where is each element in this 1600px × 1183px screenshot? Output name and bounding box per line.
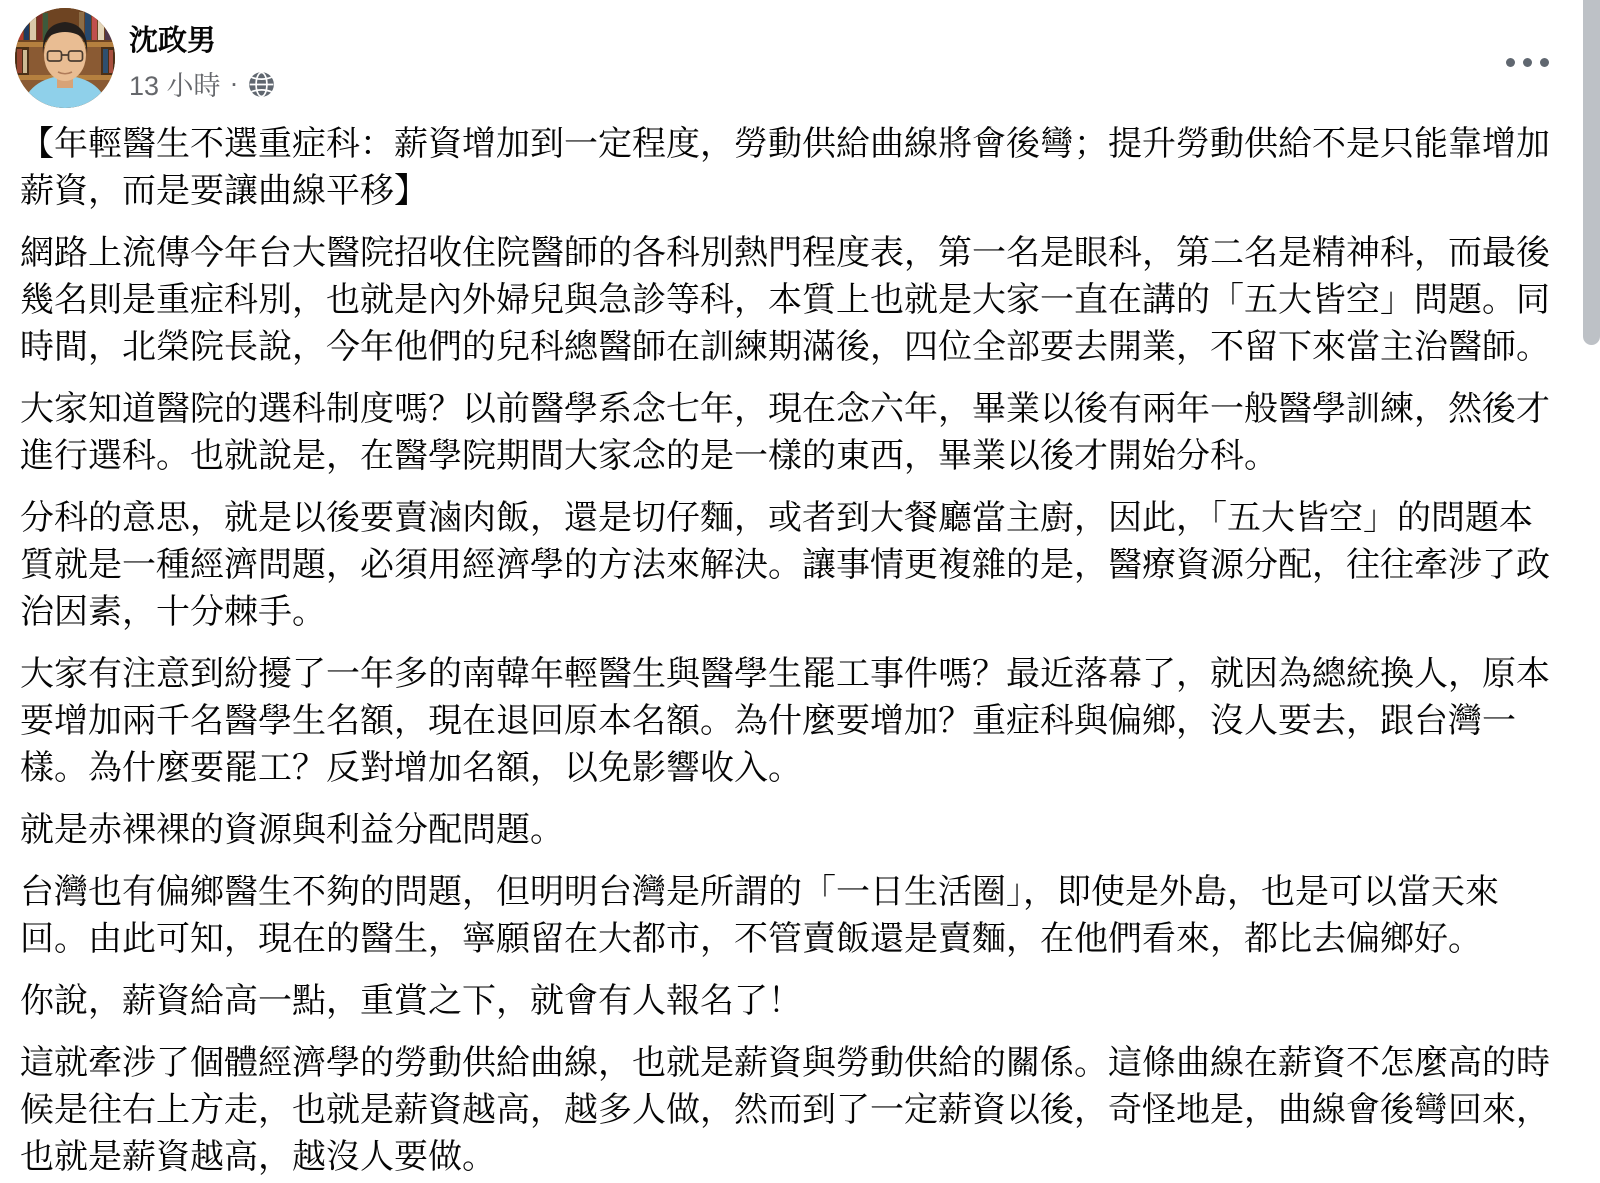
profile-photo [15,8,115,108]
post-paragraph: 這就牽涉了個體經濟學的勞動供給曲線，也就是薪資與勞動供給的關係。這條曲線在薪資不… [20,1040,1556,1181]
timestamp[interactable]: 13 小時 [129,64,221,103]
post-paragraph: 就是赤裸裸的資源與利益分配問題。 [20,807,1556,854]
post-paragraph-title: 【年輕醫生不選重症科：薪資增加到一定程度，勞動供給曲線將會後彎；提升勞動供給不是… [20,121,1556,215]
globe-icon [248,71,275,98]
more-options-button[interactable] [1500,52,1555,73]
post-header: 沈政男 13 小時 · [15,8,1580,112]
post-content: 【年輕醫生不選重症科：薪資增加到一定程度，勞動供給曲線將會後彎；提升勞動供給不是… [20,121,1556,1181]
post-paragraph: 分科的意思，就是以後要賣滷肉飯，還是切仔麵，或者到大餐廳當主廚，因此，「五大皆空… [20,495,1556,636]
post-paragraph: 大家知道醫院的選科制度嗎？以前醫學系念七年，現在念六年，畢業以後有兩年一般醫學訓… [20,386,1556,480]
author-name[interactable]: 沈政男 [129,18,216,59]
ellipsis-icon [1540,58,1549,67]
meta-separator: · [230,68,239,99]
avatar[interactable] [15,8,115,108]
scrollbar-thumb[interactable] [1583,0,1600,345]
post-paragraph: 台灣也有偏鄉醫生不夠的問題，但明明台灣是所謂的「一日生活圈」，即使是外島，也是可… [20,869,1556,963]
facebook-post: 沈政男 13 小時 · 【年輕醫 [0,0,1600,1183]
ellipsis-icon [1506,58,1515,67]
post-paragraph: 大家有注意到紛擾了一年多的南韓年輕醫生與醫學生罷工事件嗎？最近落幕了，就因為總統… [20,651,1556,792]
post-meta: 13 小時 · [129,64,275,103]
ellipsis-icon [1523,58,1532,67]
post-paragraph: 你說，薪資給高一點，重賞之下，就會有人報名了！ [20,978,1556,1025]
post-paragraph: 網路上流傳今年台大醫院招收住院醫師的各科別熱門程度表，第一名是眼科，第二名是精神… [20,230,1556,371]
